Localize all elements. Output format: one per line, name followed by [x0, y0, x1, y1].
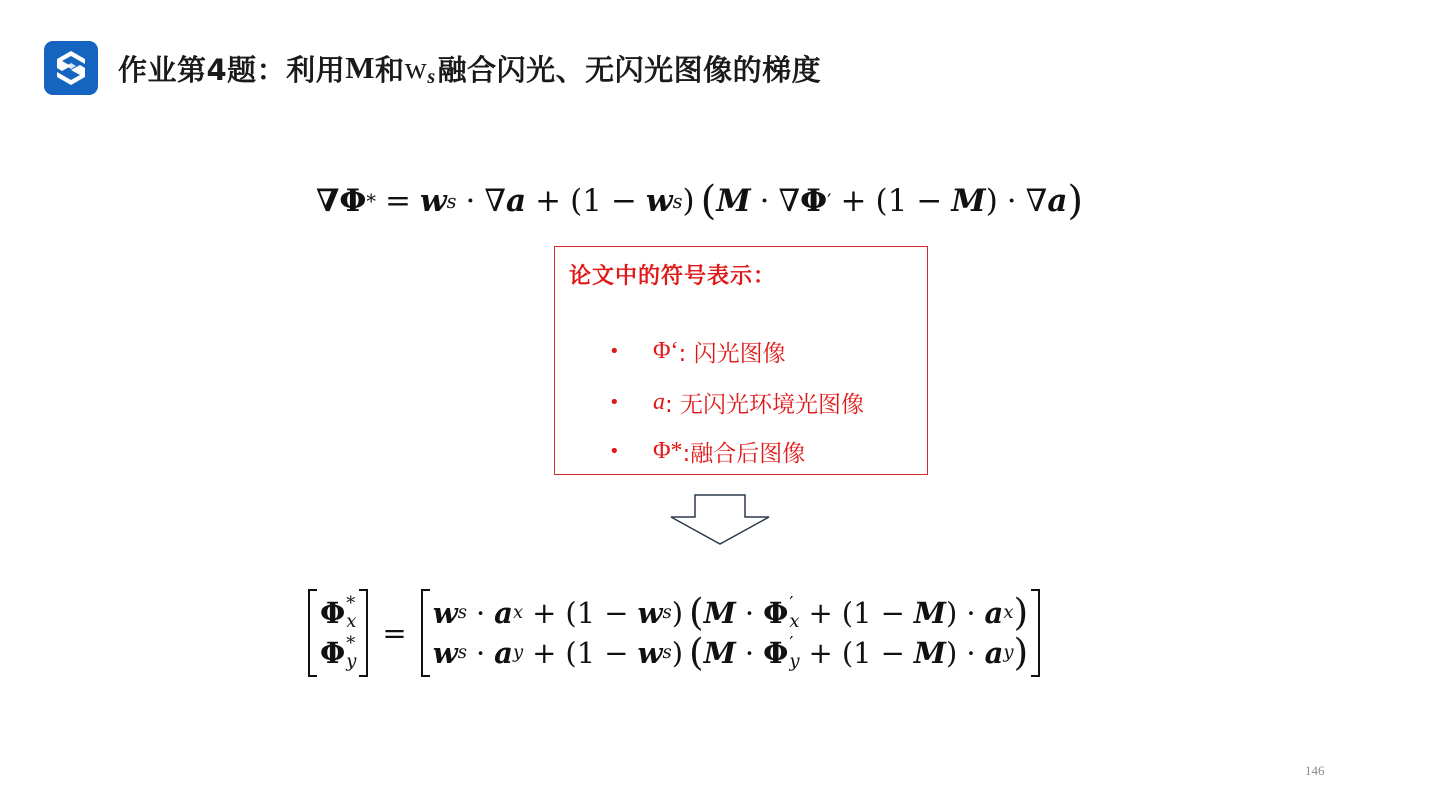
slide-title: 作业第4题：利用M和ws融合闪光、无闪光图像的梯度 — [118, 44, 821, 92]
notation-box: 论文中的符号表示： • Φ‘ : 闪光图像 • a : 无闪光环境光图像 • Φ… — [554, 246, 928, 475]
brand-s-logo-icon — [52, 49, 90, 87]
rhs-vector: ws · ax + (1 − ws) ( M · Φ′x + (1 − M) ·… — [430, 593, 1032, 673]
notation-desc: : 无闪光环境光图像 — [665, 386, 864, 419]
title-w: w — [404, 50, 427, 86]
lhs-vector: Φ*x Φ*y — [317, 593, 359, 673]
title-prefix: 作业第4题：利用 — [118, 48, 345, 89]
left-bracket — [421, 589, 430, 677]
left-bracket — [308, 589, 317, 677]
notation-desc: : 闪光图像 — [679, 335, 786, 368]
notation-symbol: a — [653, 389, 665, 416]
right-bracket — [1031, 589, 1040, 677]
gradient-fusion-equation: ∇Φ* = ws · ∇a + (1 − ws) ( M · ∇Φ′ + (1 … — [316, 172, 1136, 230]
notation-desc: :融合后图像 — [683, 435, 806, 468]
title-and: 和 — [375, 48, 405, 89]
notation-symbol: Φ‘ — [653, 338, 679, 365]
notation-item-ambient: • a : 无闪光环境光图像 — [609, 386, 864, 419]
notation-item-flash: • Φ‘ : 闪光图像 — [609, 335, 786, 368]
down-arrow-icon — [668, 493, 772, 547]
bullet-icon: • — [609, 392, 653, 413]
bullet-icon: • — [609, 341, 653, 362]
bullet-icon: • — [609, 441, 653, 462]
title-w-subscript: s — [427, 66, 435, 89]
notation-symbol: Φ* — [653, 438, 683, 465]
page-number: 146 — [1305, 763, 1325, 779]
notation-heading: 论文中的符号表示： — [569, 259, 776, 290]
title-suffix: 融合闪光、无闪光图像的梯度 — [438, 48, 822, 89]
right-bracket — [359, 589, 368, 677]
brand-logo — [44, 41, 98, 95]
component-equation: Φ*x Φ*y = ws · ax + (1 − ws) ( M · Φ′x +… — [308, 585, 1148, 680]
notation-item-fused: • Φ* :融合后图像 — [609, 435, 805, 468]
title-m: M — [345, 50, 375, 86]
